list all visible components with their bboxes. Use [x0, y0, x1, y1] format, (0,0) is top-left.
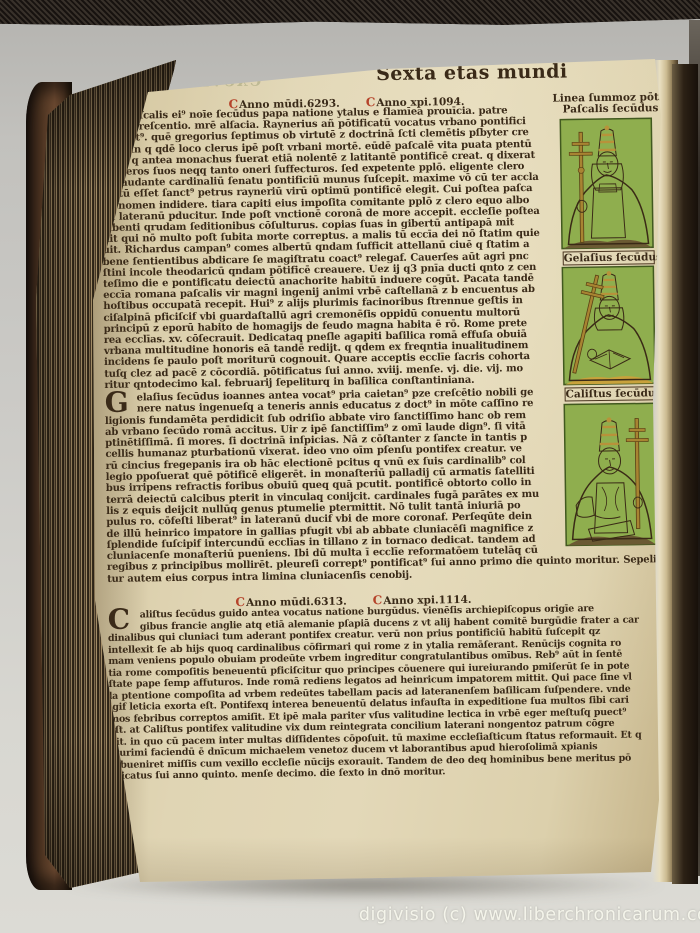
bleedthrough-folio-number: CXCVII	[192, 74, 261, 91]
pope-portrait-paschalis-woodcut	[559, 117, 655, 250]
pope-caption-gelasius: Gelaſius ſecūdus	[563, 250, 655, 265]
photo-scene: Sexta etas mundi CXCVII CAnno mūdi.6293.…	[0, 0, 700, 933]
initial-letter: G	[105, 390, 129, 416]
pope-portrait-gelasius-woodcut	[561, 265, 657, 385]
paragraph-paschalis: P aſcalis ei⁹ noīe ſecūdus papa natione …	[101, 105, 561, 391]
paragraph-calixtus: C aliſtus ſecūdus guido antea vocatus na…	[108, 602, 666, 782]
book: Sexta etas mundi CXCVII CAnno mūdi.6293.…	[24, 52, 696, 892]
watermark: digivisio (c) www.liberchronicarum.com	[359, 905, 700, 925]
carpet-background	[0, 0, 700, 27]
lineage-pope-name: Paſcalis ſecūdus	[563, 103, 665, 115]
pope-lineage-column-title: Linea ſummoz pōtificū Paſcalis ſecūdus	[552, 92, 664, 116]
running-title: Sexta etas mundi	[376, 60, 568, 85]
pope-portrait-calixtus-woodcut	[563, 402, 659, 546]
rubric-mark: C	[235, 595, 245, 609]
page-content: Sexta etas mundi CXCVII CAnno mūdi.6293.…	[100, 59, 671, 867]
fore-edge-shadow	[672, 64, 698, 884]
initial-letter: C	[108, 607, 131, 633]
book-page: Sexta etas mundi CXCVII CAnno mūdi.6293.…	[85, 55, 665, 887]
rubric-mark: C	[373, 593, 383, 607]
pope-caption-calixtus: Caliſtus ſecūdus	[565, 386, 657, 401]
